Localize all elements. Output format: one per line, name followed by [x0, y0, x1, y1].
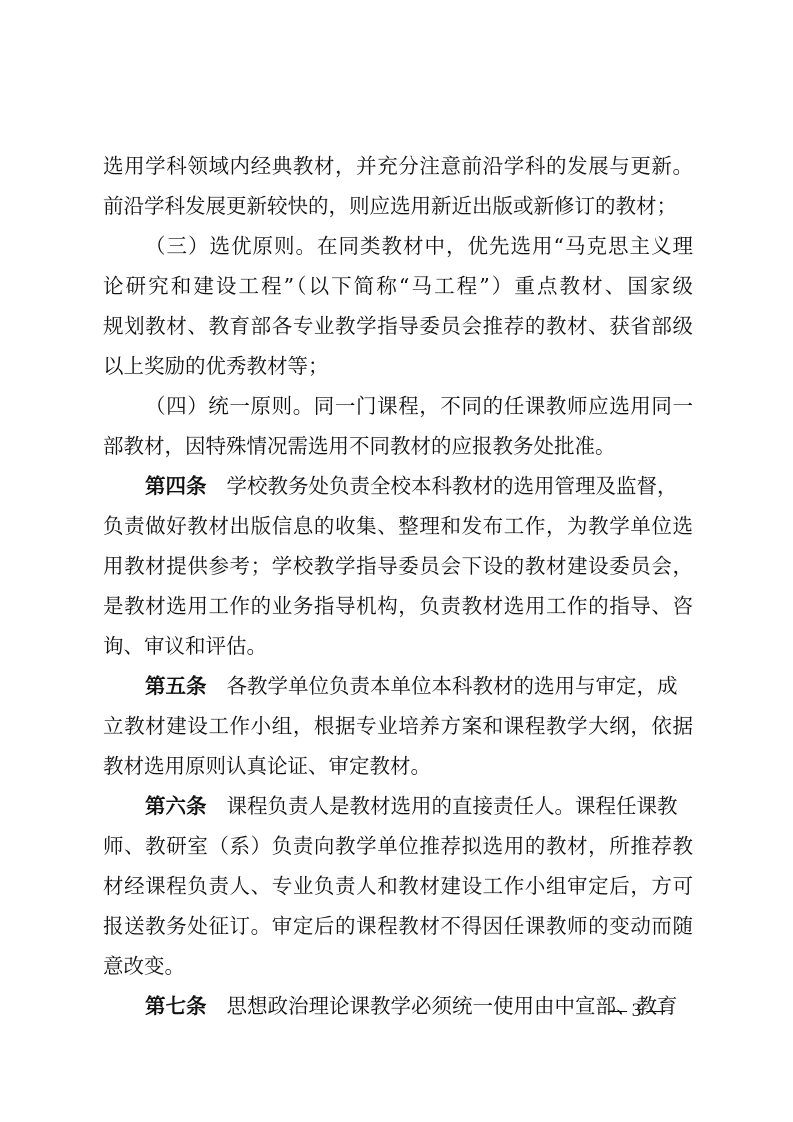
text-line: 论研究和建设工程”（以下简称“马工程”）重点教材、国家级 — [103, 266, 693, 306]
text-line: 意改变。 — [103, 946, 693, 986]
text-line: 教材选用原则认真论证、审定教材。 — [103, 746, 693, 786]
text-run: 课程负责人是教材选用的直接责任人。课程任课教 — [227, 794, 678, 818]
text-line: （三）选优原则。在同类教材中，优先选用“马克思主义理 — [103, 226, 693, 266]
text-line: 材经课程负责人、专业负责人和教材建设工作小组审定后，方可 — [103, 866, 693, 906]
article-heading: 第四条 — [145, 474, 207, 498]
article-heading: 第五条 — [145, 674, 207, 698]
text-line: 负责做好教材出版信息的收集、整理和发布工作，为教学单位选 — [103, 506, 693, 546]
article-heading: 第七条 — [145, 994, 207, 1018]
article-5-first-line: 第五条各教学单位负责本单位本科教材的选用与审定，成 — [103, 666, 693, 706]
article-4-first-line: 第四条学校教务处负责全校本科教材的选用管理及监督， — [103, 466, 693, 506]
text-line: 立教材建设工作小组，根据专业培养方案和课程教学大纲，依据 — [103, 706, 693, 746]
text-line: 以上奖励的优秀教材等； — [103, 346, 693, 386]
document-page: 选用学科领域内经典教材，并充分注意前沿学科的发展与更新。 前沿学科发展更新较快的… — [103, 146, 693, 1026]
text-line: 规划教材、教育部各专业教学指导委员会推荐的教材、获省部级 — [103, 306, 693, 346]
article-6-first-line: 第六条课程负责人是教材选用的直接责任人。课程任课教 — [103, 786, 693, 826]
text-line: 询、审议和评估。 — [103, 626, 693, 666]
text-line: 是教材选用工作的业务指导机构，负责教材选用工作的指导、咨 — [103, 586, 693, 626]
text-line: 部教材，因特殊情况需选用不同教材的应报教务处批准。 — [103, 426, 693, 466]
text-run: 各教学单位负责本单位本科教材的选用与审定，成 — [227, 674, 678, 698]
text-line: 前沿学科发展更新较快的，则应选用新近出版或新修订的教材； — [103, 186, 693, 226]
article-7-first-line: 第七条思想政治理论课教学必须统一使用由中宣部、教育 — [103, 986, 693, 1026]
text-line: 用教材提供参考；学校教学指导委员会下设的教材建设委员会， — [103, 546, 693, 586]
text-line: 师、教研室（系）负责向教学单位推荐拟选用的教材，所推荐教 — [103, 826, 693, 866]
article-heading: 第六条 — [145, 794, 207, 818]
text-line: 选用学科领域内经典教材，并充分注意前沿学科的发展与更新。 — [103, 146, 693, 186]
text-line: （四）统一原则。同一门课程，不同的任课教师应选用同一 — [103, 386, 693, 426]
text-line: 报送教务处征订。审定后的课程教材不得因任课教师的变动而随 — [103, 906, 693, 946]
page-number: — 3 — — [608, 1000, 665, 1022]
text-run: 学校教务处负责全校本科教材的选用管理及监督， — [227, 474, 678, 498]
